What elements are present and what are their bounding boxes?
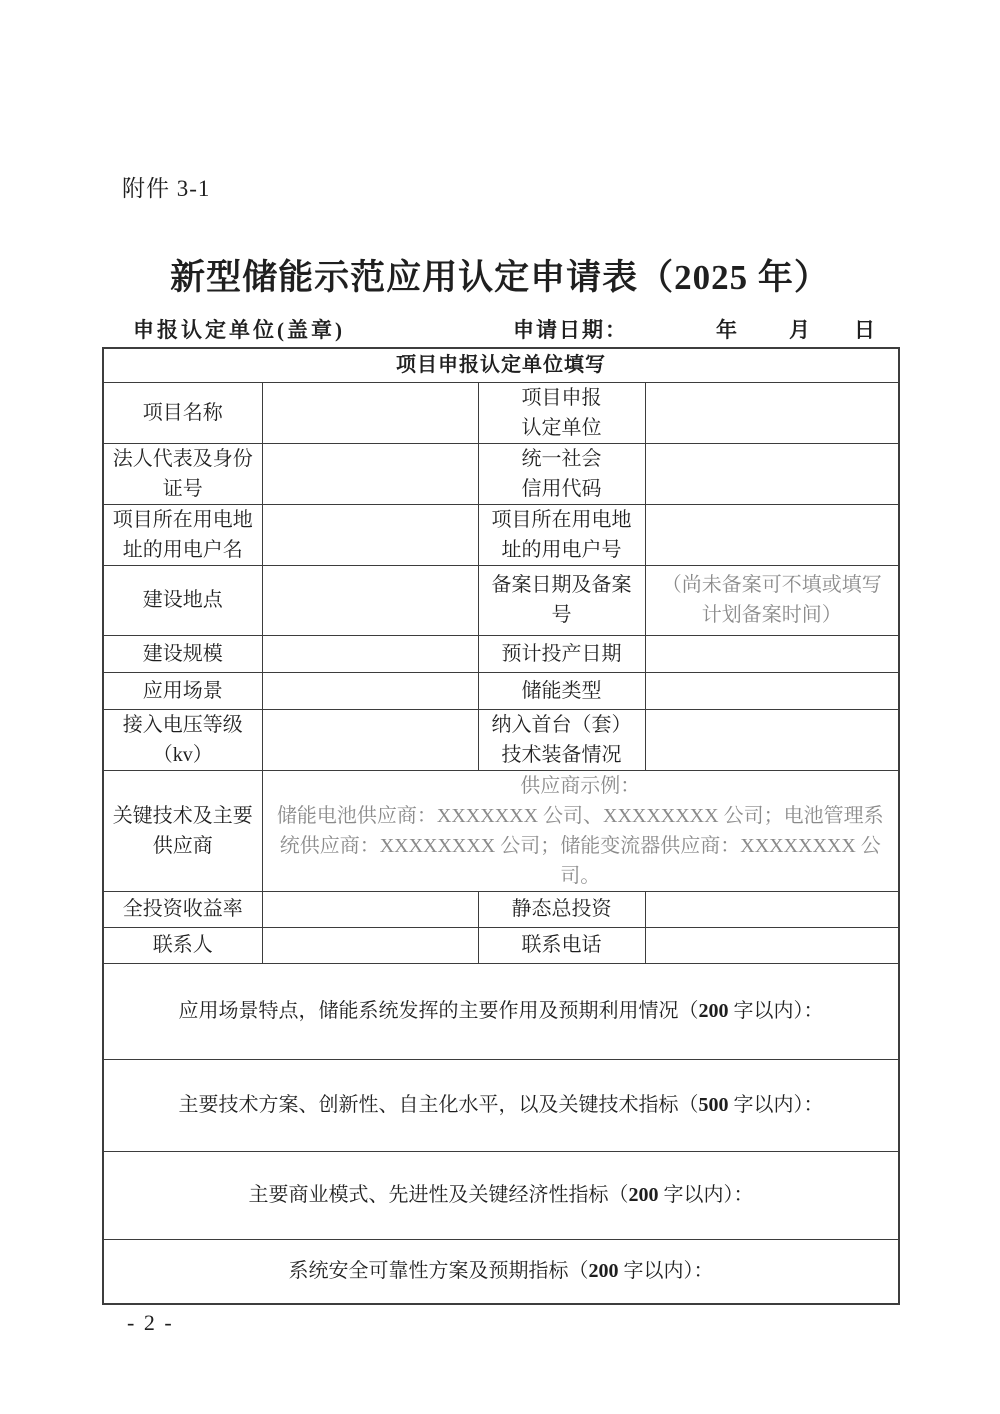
table-row: 建设规模 预计投产日期 [103, 635, 899, 672]
table-row: 主要技术方案、创新性、自主化水平，以及关键技术指标（500 字以内）： [103, 1059, 899, 1151]
field-value-electric-user-number [645, 504, 899, 565]
field-value-application-scenario [262, 672, 478, 709]
section-text: 主要技术方案、创新性、自主化水平，以及关键技术指标（ [179, 1094, 699, 1116]
section-char-limit: 200 [629, 1184, 659, 1206]
month-label: 月 [789, 318, 812, 342]
field-label-total-investment-return: 全投资收益率 [103, 891, 262, 927]
field-label-voltage-level: 接入电压等级 （kv） [103, 709, 262, 770]
field-label-first-set-equipment: 纳入首台（套） 技术装备情况 [478, 709, 645, 770]
table-row: 项目申报认定单位填写 [103, 348, 899, 382]
field-label-contact-person: 联系人 [103, 927, 262, 963]
table-row: 应用场景特点，储能系统发挥的主要作用及预期利用情况（200 字以内）： [103, 963, 899, 1059]
table-row: 法人代表及身份 证号 统一社会 信用代码 [103, 443, 899, 504]
field-label-key-tech-suppliers: 关键技术及主要 供应商 [103, 770, 262, 891]
field-label-electric-user-number: 项目所在用电地 址的用电户号 [478, 504, 645, 565]
field-value-credit-code [645, 443, 899, 504]
section-technical-plan: 主要技术方案、创新性、自主化水平，以及关键技术指标（500 字以内）： [103, 1059, 899, 1151]
year-label: 年 [716, 318, 739, 342]
filing-hint-text: （尚未备案可不填或填写 计划备案时间） [645, 565, 899, 635]
section-text: 系统安全可靠性方案及预期指标（ [289, 1260, 589, 1282]
page-number: - 2 - [127, 1310, 174, 1336]
field-value-project-name [262, 382, 478, 443]
field-value-first-set-equipment [645, 709, 899, 770]
page-title: 新型储能示范应用认定申请表（2025 年） [0, 250, 1000, 300]
section-char-limit: 200 [699, 1000, 729, 1022]
table-row: 关键技术及主要 供应商 供应商示例： 储能电池供应商：XXXXXXX 公司、XX… [103, 770, 899, 891]
field-value-contact-phone [645, 927, 899, 963]
field-label-declaring-unit: 项目申报 认定单位 [478, 382, 645, 443]
table-row: 应用场景 储能类型 [103, 672, 899, 709]
applicant-unit-label: 申报认定单位(盖章) [133, 314, 345, 344]
field-value-expected-production-date [645, 635, 899, 672]
application-form-table: 项目申报认定单位填写 项目名称 项目申报 认定单位 法人代表及身份 证号 统一社… [102, 347, 900, 1305]
field-label-construction-site: 建设地点 [103, 565, 262, 635]
table-row: 主要商业模式、先进性及关键经济性指标（200 字以内）： [103, 1151, 899, 1239]
field-label-project-name: 项目名称 [103, 382, 262, 443]
section-text: 字以内）： [659, 1184, 754, 1206]
field-value-static-total-investment [645, 891, 899, 927]
section-business-model: 主要商业模式、先进性及关键经济性指标（200 字以内）： [103, 1151, 899, 1239]
section-text: 字以内）： [729, 1094, 824, 1116]
section-char-limit: 500 [699, 1094, 729, 1116]
field-value-declaring-unit [645, 382, 899, 443]
document-page: 附件 3-1 新型储能示范应用认定申请表（2025 年） 申报认定单位(盖章) … [0, 0, 1000, 1414]
field-label-storage-type: 储能类型 [478, 672, 645, 709]
section-safety-reliability: 系统安全可靠性方案及预期指标（200 字以内）： [103, 1239, 899, 1304]
section-scenario-features: 应用场景特点，储能系统发挥的主要作用及预期利用情况（200 字以内）： [103, 963, 899, 1059]
field-label-expected-production-date: 预计投产日期 [478, 635, 645, 672]
day-label: 日 [854, 318, 877, 342]
section-text: 应用场景特点，储能系统发挥的主要作用及预期利用情况（ [179, 1000, 699, 1022]
application-date-line: 申请日期：年月日 [513, 314, 877, 344]
section-text: 主要商业模式、先进性及关键经济性指标（ [249, 1184, 629, 1206]
field-label-static-total-investment: 静态总投资 [478, 891, 645, 927]
section-char-limit: 200 [589, 1260, 619, 1282]
table-row: 接入电压等级 （kv） 纳入首台（套） 技术装备情况 [103, 709, 899, 770]
table-row: 联系人 联系电话 [103, 927, 899, 963]
table-row: 项目名称 项目申报 认定单位 [103, 382, 899, 443]
field-label-legal-rep-id: 法人代表及身份 证号 [103, 443, 262, 504]
field-label-application-scenario: 应用场景 [103, 672, 262, 709]
field-value-total-investment-return [262, 891, 478, 927]
table-row: 项目所在用电地 址的用电户名 项目所在用电地 址的用电户号 [103, 504, 899, 565]
field-value-storage-type [645, 672, 899, 709]
field-label-construction-scale: 建设规模 [103, 635, 262, 672]
table-row: 全投资收益率 静态总投资 [103, 891, 899, 927]
table-section-header: 项目申报认定单位填写 [103, 348, 899, 382]
field-label-credit-code: 统一社会 信用代码 [478, 443, 645, 504]
table-row: 建设地点 备案日期及备案 号 （尚未备案可不填或填写 计划备案时间） [103, 565, 899, 635]
table-row: 系统安全可靠性方案及预期指标（200 字以内）： [103, 1239, 899, 1304]
field-value-construction-site [262, 565, 478, 635]
field-label-filing-date-number: 备案日期及备案 号 [478, 565, 645, 635]
field-value-construction-scale [262, 635, 478, 672]
section-text: 字以内）： [729, 1000, 824, 1022]
field-label-electric-user-name: 项目所在用电地 址的用电户名 [103, 504, 262, 565]
date-label: 申请日期： [513, 318, 628, 342]
field-value-electric-user-name [262, 504, 478, 565]
section-text: 字以内）： [619, 1260, 714, 1282]
field-value-legal-rep-id [262, 443, 478, 504]
supplier-example-text: 供应商示例： 储能电池供应商：XXXXXXX 公司、XXXXXXXX 公司；电池… [262, 770, 899, 891]
field-value-voltage-level [262, 709, 478, 770]
subheader-row: 申报认定单位(盖章) 申请日期：年月日 [133, 314, 877, 344]
attachment-label: 附件 3-1 [122, 170, 210, 203]
field-value-contact-person [262, 927, 478, 963]
field-label-contact-phone: 联系电话 [478, 927, 645, 963]
